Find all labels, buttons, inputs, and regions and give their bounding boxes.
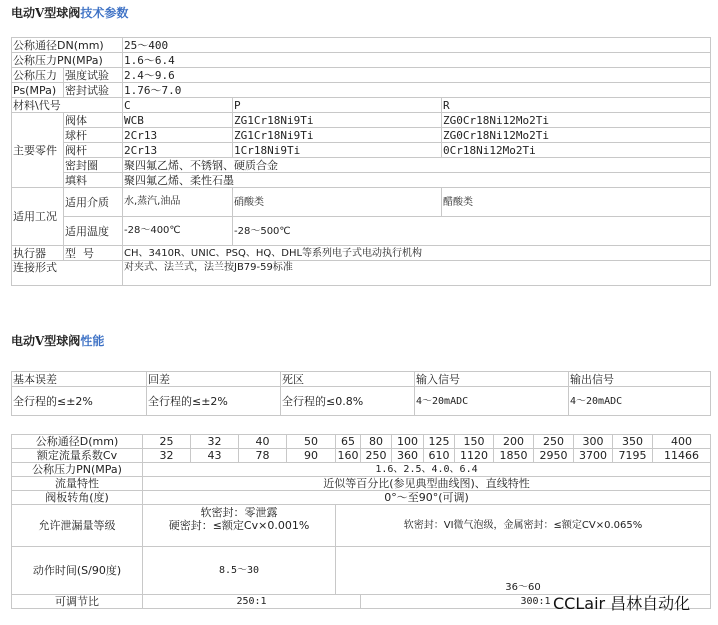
medium-label: 适用介质 bbox=[64, 188, 123, 217]
performance-title: 电动V型球阀性能 bbox=[11, 332, 104, 349]
table-row: 填料 聚四氟乙烯、柔性石墨 bbox=[12, 173, 711, 188]
angle-value: 0°～至90°(可调) bbox=[143, 491, 711, 505]
specs-table: 公称通径D(mm) 25 32 40 50 65 80 100 125 150 … bbox=[11, 434, 711, 609]
input-signal-value: 4～20mADC bbox=[415, 387, 569, 416]
cv-cell: 610 bbox=[424, 449, 455, 463]
output-signal-value: 4～20mADC bbox=[569, 387, 711, 416]
connection-value: 对夹式、法兰式，法兰按JB79-59标准 bbox=[123, 261, 711, 286]
table-row: 材料\代号 C P R bbox=[12, 98, 711, 113]
strength-value: 2.4～9.6 bbox=[123, 68, 711, 83]
pn-value: 1.6～6.4 bbox=[123, 53, 711, 68]
medium-p: 硝酸类 bbox=[233, 188, 442, 217]
strength-label: 强度试验 bbox=[64, 68, 123, 83]
code-r: R bbox=[442, 98, 711, 113]
table-row: 动作时间(S/90度) 8.5～30 36～60 bbox=[12, 547, 711, 595]
pn-label: 公称压力PN(MPa) bbox=[12, 463, 143, 477]
body-label: 阀体 bbox=[64, 113, 123, 128]
model-value: CH、3410R、UNIC、PSQ、HQ、DHL等系列电子式电动执行机构 bbox=[123, 246, 711, 261]
table-row: 适用温度 -28～400℃ -28～500℃ bbox=[12, 217, 711, 246]
dn-cell: 65 bbox=[336, 435, 361, 449]
seal-test-label: 密封试验 bbox=[64, 83, 123, 98]
hysteresis-header: 回差 bbox=[147, 372, 281, 387]
code-p: P bbox=[233, 98, 442, 113]
dn-cell: 125 bbox=[424, 435, 455, 449]
seal-ring-value: 聚四氟乙烯、不锈钢、硬质合金 bbox=[123, 158, 711, 173]
cv-cell: 250 bbox=[361, 449, 392, 463]
body-c: WCB bbox=[123, 113, 233, 128]
ball-label: 球杆 bbox=[64, 128, 123, 143]
signals-table: 基本误差 回差 死区 输入信号 输出信号 全行程的≤±2% 全行程的≤±2% 全… bbox=[11, 371, 711, 416]
table-row: 额定流量系数Cv 32 43 78 90 160 250 360 610 112… bbox=[12, 449, 711, 463]
temp-label: 适用温度 bbox=[64, 217, 123, 246]
cv-label: 额定流量系数Cv bbox=[12, 449, 143, 463]
dn-cell: 300 bbox=[574, 435, 613, 449]
basic-error-value: 全行程的≤±2% bbox=[12, 387, 147, 416]
table-row: 公称压力PN(MPa) 1.6、2.5、4.0、6.4 bbox=[12, 463, 711, 477]
body-p: ZG1Cr18Ni9Ti bbox=[233, 113, 442, 128]
watermark-logo: CCLair 昌林自动化 bbox=[553, 591, 690, 614]
tech-params-title: 电动V型球阀技术参数 bbox=[11, 4, 128, 21]
cv-cell: 360 bbox=[392, 449, 424, 463]
cv-cell: 32 bbox=[143, 449, 191, 463]
ratio-label: 可调节比 bbox=[12, 595, 143, 609]
table-row: 允许泄漏量等级 软密封：零泄露 硬密封：≤额定Cv×0.001% 软密封：VI微… bbox=[12, 505, 711, 547]
tech-params-table: 公称通径DN(mm) 25～400 公称压力PN(MPa) 1.6～6.4 公称… bbox=[11, 37, 711, 286]
cv-cell: 1120 bbox=[455, 449, 494, 463]
dn-label: 公称通径DN(mm) bbox=[12, 38, 123, 53]
title-dark-part: 电动V型球阀 bbox=[11, 6, 80, 20]
packing-value: 聚四氟乙烯、柔性石墨 bbox=[123, 173, 711, 188]
ball-p: ZG1Cr18Ni9Ti bbox=[233, 128, 442, 143]
table-row: 密封圈 聚四氟乙烯、不锈钢、硬质合金 bbox=[12, 158, 711, 173]
dn-cell: 50 bbox=[287, 435, 336, 449]
cv-cell: 1850 bbox=[494, 449, 534, 463]
stem-p: 1Cr18Ni9Ti bbox=[233, 143, 442, 158]
leak-right: 软密封：VI微气泡级，金属密封：≤额定CV×0.065% bbox=[336, 505, 711, 547]
title-dark-part: 电动V型球阀 bbox=[11, 334, 80, 348]
deadband-header: 死区 bbox=[281, 372, 415, 387]
time-right: 36～60 bbox=[336, 547, 711, 595]
dn-cell: 25 bbox=[143, 435, 191, 449]
table-row: 主要零件 阀体 WCB ZG1Cr18Ni9Ti ZG0Cr18Ni12Mo2T… bbox=[12, 113, 711, 128]
material-label: 材料\代号 bbox=[12, 98, 123, 113]
flow-label: 流量特性 bbox=[12, 477, 143, 491]
dn-cell: 350 bbox=[613, 435, 653, 449]
table-row: 阀板转角(度) 0°～至90°(可调) bbox=[12, 491, 711, 505]
dn-value: 25～400 bbox=[123, 38, 711, 53]
dn-cell: 32 bbox=[191, 435, 239, 449]
model-label: 型 号 bbox=[64, 246, 123, 261]
packing-label: 填料 bbox=[64, 173, 123, 188]
dn-cell: 40 bbox=[239, 435, 287, 449]
angle-label: 阀板转角(度) bbox=[12, 491, 143, 505]
main-parts-label: 主要零件 bbox=[12, 113, 64, 188]
cv-cell: 7195 bbox=[613, 449, 653, 463]
table-row: 全行程的≤±2% 全行程的≤±2% 全行程的≤0.8% 4～20mADC 4～2… bbox=[12, 387, 711, 416]
hysteresis-value: 全行程的≤±2% bbox=[147, 387, 281, 416]
title-blue-part: 技术参数 bbox=[80, 6, 128, 20]
stem-label: 阀杆 bbox=[64, 143, 123, 158]
title-blue-part: 性能 bbox=[80, 334, 104, 348]
table-row: 基本误差 回差 死区 输入信号 输出信号 bbox=[12, 372, 711, 387]
cv-cell: 78 bbox=[239, 449, 287, 463]
table-row: 执行器 型 号 CH、3410R、UNIC、PSQ、HQ、DHL等系列电子式电动… bbox=[12, 246, 711, 261]
ps-label-line1: 公称压力 bbox=[12, 68, 64, 83]
deadband-value: 全行程的≤0.8% bbox=[281, 387, 415, 416]
dn-cell: 250 bbox=[534, 435, 574, 449]
code-c: C bbox=[123, 98, 233, 113]
cv-cell: 43 bbox=[191, 449, 239, 463]
cv-cell: 11466 bbox=[653, 449, 711, 463]
table-row: 球杆 2Cr13 ZG1Cr18Ni9Ti ZG0Cr18Ni12Mo2Ti bbox=[12, 128, 711, 143]
dn-label: 公称通径D(mm) bbox=[12, 435, 143, 449]
output-signal-header: 输出信号 bbox=[569, 372, 711, 387]
medium-c: 水,蒸汽,油品 bbox=[123, 188, 233, 217]
cv-cell: 3700 bbox=[574, 449, 613, 463]
dn-cell: 150 bbox=[455, 435, 494, 449]
cv-cell: 90 bbox=[287, 449, 336, 463]
table-row: 公称压力PN(MPa) 1.6～6.4 bbox=[12, 53, 711, 68]
stem-r: 0Cr18Ni12Mo2Ti bbox=[442, 143, 711, 158]
dn-cell: 100 bbox=[392, 435, 424, 449]
connection-label: 连接形式 bbox=[12, 261, 123, 286]
seal-test-value: 1.76～7.0 bbox=[123, 83, 711, 98]
seal-ring-label: 密封圈 bbox=[64, 158, 123, 173]
ball-c: 2Cr13 bbox=[123, 128, 233, 143]
leak-left: 软密封：零泄露 硬密封：≤额定Cv×0.001% bbox=[143, 505, 336, 547]
flow-value: 近似等百分比(参见典型曲线图)、直线特性 bbox=[143, 477, 711, 491]
stem-c: 2Cr13 bbox=[123, 143, 233, 158]
ratio-left: 250:1 bbox=[143, 595, 361, 609]
leak-left-line1: 软密封：零泄露 bbox=[144, 506, 334, 519]
input-signal-header: 输入信号 bbox=[415, 372, 569, 387]
temp-c: -28～400℃ bbox=[123, 217, 233, 246]
table-row: 公称通径DN(mm) 25～400 bbox=[12, 38, 711, 53]
pn-label: 公称压力PN(MPa) bbox=[12, 53, 123, 68]
leak-label: 允许泄漏量等级 bbox=[12, 505, 143, 547]
time-left: 8.5～30 bbox=[143, 547, 336, 595]
pn-value: 1.6、2.5、4.0、6.4 bbox=[143, 463, 711, 477]
table-row: 流量特性 近似等百分比(参见典型曲线图)、直线特性 bbox=[12, 477, 711, 491]
table-row: Ps(MPa) 密封试验 1.76～7.0 bbox=[12, 83, 711, 98]
dn-cell: 400 bbox=[653, 435, 711, 449]
temp-pr: -28～500℃ bbox=[233, 217, 711, 246]
ball-r: ZG0Cr18Ni12Mo2Ti bbox=[442, 128, 711, 143]
table-row: 公称通径D(mm) 25 32 40 50 65 80 100 125 150 … bbox=[12, 435, 711, 449]
cv-cell: 160 bbox=[336, 449, 361, 463]
dn-cell: 80 bbox=[361, 435, 392, 449]
actuator-label: 执行器 bbox=[12, 246, 64, 261]
cv-cell: 2950 bbox=[534, 449, 574, 463]
ps-label-line2: Ps(MPa) bbox=[12, 83, 64, 98]
table-row: 连接形式 对夹式、法兰式，法兰按JB79-59标准 bbox=[12, 261, 711, 286]
dn-cell: 200 bbox=[494, 435, 534, 449]
time-label: 动作时间(S/90度) bbox=[12, 547, 143, 595]
basic-error-header: 基本误差 bbox=[12, 372, 147, 387]
table-row: 阀杆 2Cr13 1Cr18Ni9Ti 0Cr18Ni12Mo2Ti bbox=[12, 143, 711, 158]
table-row: 适用工况 适用介质 水,蒸汽,油品 硝酸类 醋酸类 bbox=[12, 188, 711, 217]
conditions-label: 适用工况 bbox=[12, 188, 64, 246]
table-row: 公称压力 强度试验 2.4～9.6 bbox=[12, 68, 711, 83]
leak-left-line2: 硬密封：≤额定Cv×0.001% bbox=[144, 519, 334, 532]
medium-r: 醋酸类 bbox=[442, 188, 711, 217]
body-r: ZG0Cr18Ni12Mo2Ti bbox=[442, 113, 711, 128]
